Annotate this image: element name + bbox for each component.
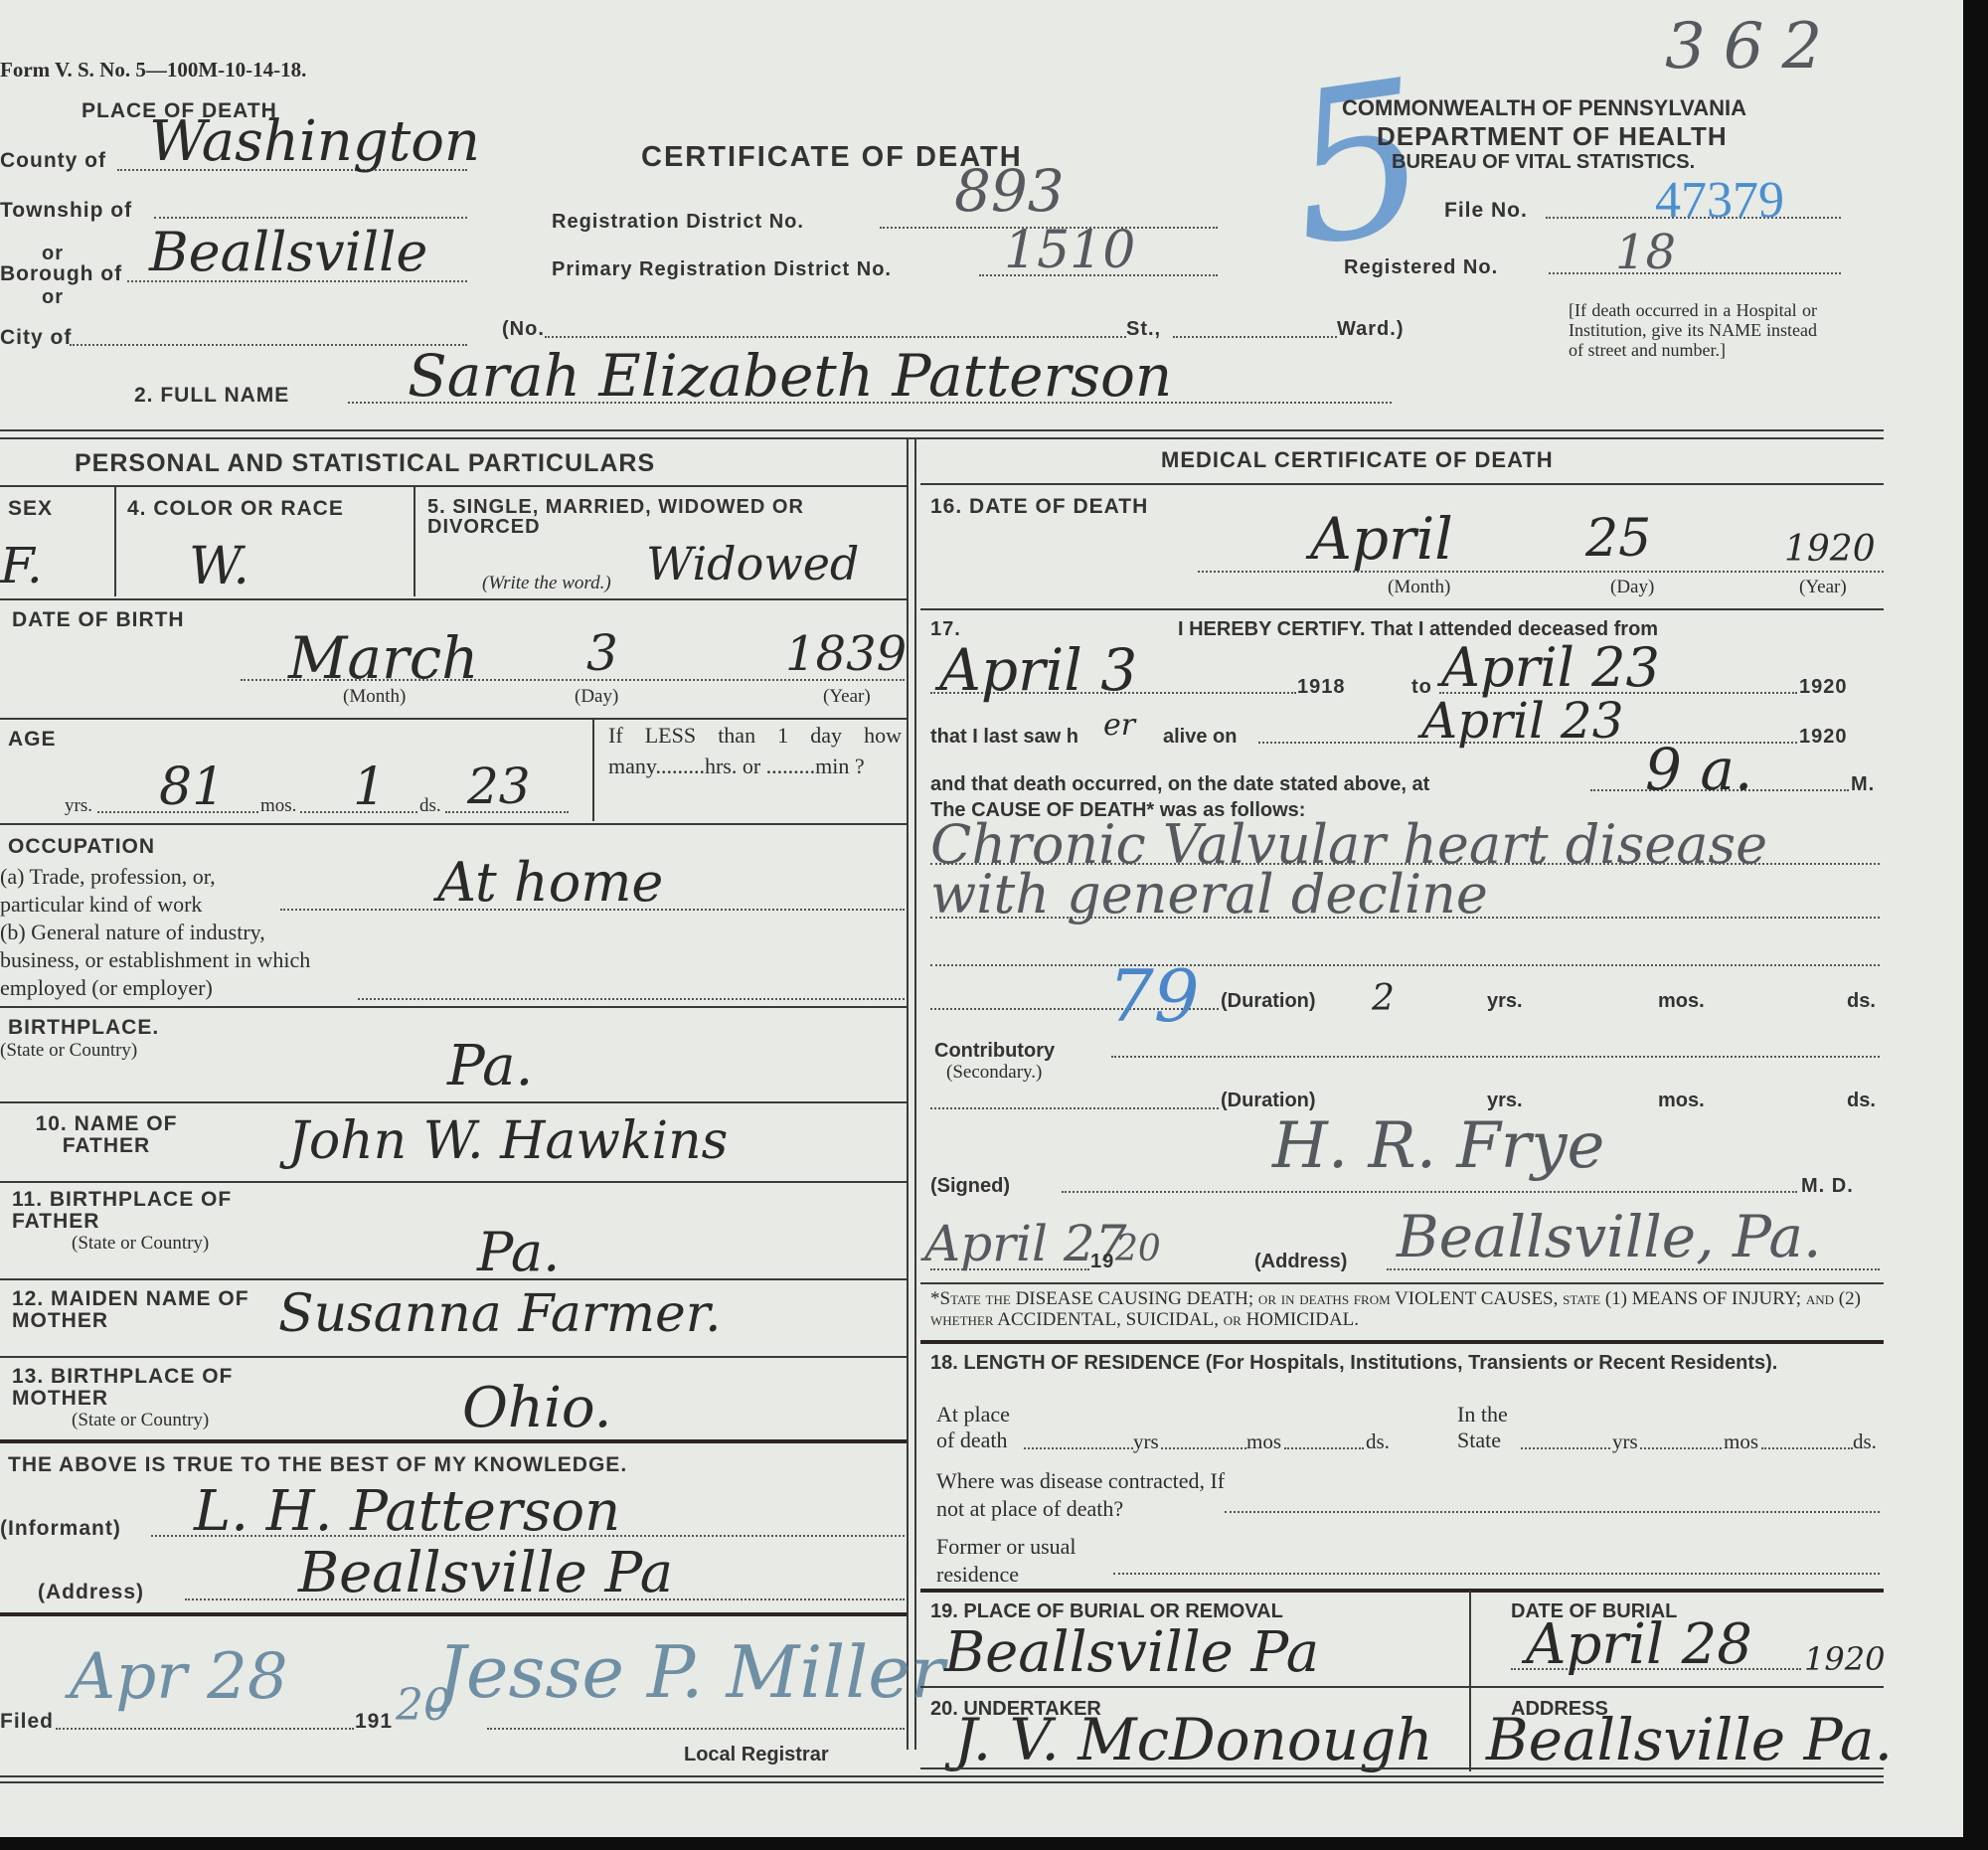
at-place-label: At place of death	[936, 1402, 1026, 1453]
in-state-ds-line	[1761, 1447, 1853, 1449]
race-label: 4. COLOR OR RACE	[127, 497, 344, 521]
age-ds-label: ds.	[419, 795, 441, 817]
divider	[0, 437, 1884, 439]
duration-mos-label: mos.	[1658, 990, 1705, 1013]
signed-line	[1062, 1191, 1797, 1193]
duration-years: 2	[1372, 978, 1395, 1019]
city-label: City of	[0, 326, 72, 350]
at-place-ds-label: ds.	[1366, 1430, 1390, 1454]
md-label: M. D.	[1801, 1175, 1854, 1198]
divider	[920, 1686, 1884, 1688]
medical-section-title: MEDICAL CERTIFICATE OF DEATH	[1161, 447, 1554, 473]
cause-footnote: *State the DISEASE CAUSING DEATH; or in …	[930, 1288, 1880, 1330]
divider	[0, 429, 1884, 431]
contracted-line	[1225, 1511, 1880, 1513]
signed-label: (Signed)	[930, 1175, 1010, 1198]
divider	[920, 608, 1884, 610]
dod-year: 1920	[1784, 529, 1876, 570]
last-saw-date: April 23	[1421, 692, 1624, 750]
occupation-value: At home	[437, 851, 663, 914]
signed-year-prefix: 19	[1090, 1251, 1114, 1273]
reg-district-value: 893	[954, 157, 1065, 225]
mother-label: 12. MAIDEN NAME OF MOTHER	[12, 1288, 280, 1332]
column-divider	[914, 437, 916, 1750]
cell-divider	[592, 718, 594, 821]
page-number: 362	[1665, 10, 1840, 84]
dob-label: DATE OF BIRTH	[12, 608, 185, 632]
birthplace-sub: (State or Country)	[0, 1040, 137, 1062]
informant-address-value: Beallsville Pa	[298, 1541, 673, 1605]
at-place-yrs-line	[1024, 1447, 1133, 1449]
primary-reg-label: Primary Registration District No.	[552, 258, 892, 281]
m-label: M.	[1851, 773, 1875, 796]
registrar-label: Local Registrar	[684, 1744, 829, 1766]
duration-ds-label: ds.	[1847, 990, 1876, 1013]
divider	[0, 485, 907, 487]
burial-date-value: April 28	[1526, 1612, 1752, 1677]
in-state-label: In the State	[1457, 1402, 1537, 1453]
dod-month-caption: (Month)	[1388, 577, 1450, 598]
residence-label: 18. LENGTH OF RESIDENCE (For Hospitals, …	[930, 1352, 1880, 1374]
mother-birthplace-label: 13. BIRTHPLACE OF MOTHER	[12, 1366, 241, 1410]
cell-divider	[414, 487, 415, 596]
burial-year: 1920	[1804, 1640, 1885, 1678]
former-residence-label: Former or usual residence	[936, 1533, 1115, 1589]
attest-statement: THE ABOVE IS TRUE TO THE BEST OF MY KNOW…	[8, 1453, 627, 1477]
signed-year: 20	[1115, 1229, 1161, 1269]
at-place-mos-line	[1161, 1447, 1246, 1449]
occupation-b-line	[358, 998, 905, 1000]
mother-birthplace-sub: (State or Country)	[72, 1410, 209, 1431]
primary-reg-value: 1510	[1004, 221, 1135, 280]
dod-day-caption: (Day)	[1610, 577, 1654, 598]
divider	[0, 1278, 907, 1280]
registrar-line	[487, 1728, 905, 1730]
form-number: Form V. S. No. 5—100M-10-14-18.	[0, 58, 306, 83]
undertaker-value: J. V. McDonough	[954, 1706, 1433, 1773]
marital-value: Widowed	[646, 537, 859, 590]
borough-label: Borough of	[0, 262, 122, 286]
age-days: 23	[467, 757, 531, 815]
file-no-label: File No.	[1444, 199, 1528, 223]
duration-label: (Duration)	[1221, 990, 1316, 1013]
birthplace-value: Pa.	[447, 1034, 533, 1098]
in-state-ds-label: ds.	[1853, 1430, 1877, 1454]
informant-label: (Informant)	[0, 1517, 121, 1541]
divider	[0, 1181, 907, 1183]
attended-to: April 23	[1441, 636, 1660, 699]
township-label: Township of	[0, 199, 132, 223]
dod-day: 25	[1585, 509, 1651, 569]
age-years: 81	[159, 757, 225, 817]
divider	[920, 483, 1884, 485]
father-value: John W. Hawkins	[288, 1111, 728, 1171]
divider	[920, 1282, 1884, 1284]
cell-divider	[114, 487, 116, 596]
cause-line-2-rule	[930, 917, 1880, 919]
cause-code: 79	[1108, 954, 1200, 1038]
contributory-sub: (Secondary.)	[946, 1062, 1042, 1084]
at-place-yrs-label: yrs	[1133, 1430, 1159, 1454]
cause-line-3-rule	[930, 964, 1880, 966]
former-residence-line	[1113, 1573, 1880, 1575]
agency-line-1: COMMONWEALTH OF PENNSYLVANIA	[1342, 95, 1746, 121]
birthplace-label: BIRTHPLACE.	[8, 1016, 159, 1040]
marital-label: 5. SINGLE, MARRIED, WIDOWED OR DIVORCED	[427, 497, 905, 537]
or-label-2: or	[42, 286, 64, 309]
dod-year-caption: (Year)	[1799, 577, 1847, 598]
street-line	[545, 336, 1126, 338]
sex-label: SEX	[8, 497, 53, 521]
death-certificate: Form V. S. No. 5—100M-10-14-18. PLACE OF…	[0, 0, 1963, 1837]
father-label: 10. NAME OF FATHER	[12, 1113, 201, 1157]
alive-on-label: alive on	[1163, 726, 1237, 749]
duration-yrs-label: yrs.	[1487, 990, 1523, 1013]
divider	[920, 1767, 1884, 1769]
father-birthplace-label: 11. BIRTHPLACE OF FATHER	[12, 1189, 241, 1233]
last-saw-year: 1920	[1799, 726, 1848, 749]
in-state-yrs-label: yrs	[1612, 1430, 1638, 1454]
burial-place-value: Beallsville Pa	[944, 1620, 1319, 1685]
in-state-mos-line	[1640, 1447, 1722, 1449]
divider	[0, 1356, 907, 1358]
full-name-value: Sarah Elizabeth Patterson	[408, 342, 1172, 410]
county-label: County of	[0, 149, 106, 173]
physician-signature: H. R. Frye	[1272, 1109, 1604, 1183]
township-line	[154, 217, 467, 219]
duration2-pre-line	[930, 1107, 1219, 1109]
race-value: W.	[189, 537, 249, 596]
dod-label: 16. DATE OF DEATH	[930, 495, 1148, 519]
contributory-line	[1111, 1056, 1880, 1058]
physician-address-value: Beallsville, Pa.	[1397, 1203, 1821, 1270]
dob-month-caption: (Month)	[343, 686, 406, 708]
registered-no-label: Registered No.	[1344, 256, 1498, 279]
attended-from: April 3	[939, 636, 1137, 704]
in-state-yrs-line	[1521, 1447, 1610, 1449]
physician-address-label: (Address)	[1254, 1251, 1347, 1273]
borough-value: Beallsville	[149, 221, 427, 283]
county-value: Washington	[149, 109, 480, 174]
last-saw-label: that I last saw h	[930, 726, 1078, 749]
sex-value: F.	[0, 537, 43, 594]
at-place-mos-label: mos	[1246, 1430, 1281, 1454]
occupation-b-label: (b) General nature of industry, business…	[0, 919, 348, 1002]
hospital-note: [If death occurred in a Hospital or Inst…	[1569, 300, 1817, 360]
mother-value: Susanna Farmer.	[278, 1284, 721, 1344]
duration2-ds-label: ds.	[1847, 1090, 1876, 1112]
ward-line	[1173, 336, 1337, 338]
age-label: AGE	[8, 728, 57, 752]
divider	[0, 1439, 907, 1443]
divider	[920, 1340, 1884, 1344]
contracted-label: Where was disease contracted, If not at …	[936, 1467, 1254, 1523]
death-time-value: 9 a.	[1645, 736, 1752, 803]
registered-no-line	[1549, 272, 1841, 274]
agency-line-3: BUREAU OF VITAL STATISTICS.	[1392, 151, 1695, 174]
in-state-mos-label: mos	[1724, 1430, 1758, 1454]
street-label: St.,	[1126, 318, 1161, 341]
duration2-mos-label: mos.	[1658, 1090, 1705, 1112]
agency-line-2: DEPARTMENT OF HEALTH	[1377, 121, 1728, 152]
personal-section-title: PERSONAL AND STATISTICAL PARTICULARS	[75, 449, 655, 478]
registrar-signature: Jesse P. Miller	[437, 1630, 944, 1714]
at-place-ds-line	[1284, 1447, 1364, 1449]
undertaker-address-value: Beallsville Pa.	[1486, 1706, 1893, 1773]
marital-hint: (Write the word.)	[482, 573, 611, 594]
attended-to-year: 1920	[1799, 676, 1848, 699]
cell-divider	[1469, 1591, 1471, 1771]
dob-month: March	[288, 624, 479, 692]
reg-district-label: Registration District No.	[552, 211, 804, 234]
filed-value: Apr 28	[70, 1640, 288, 1714]
informant-address-label: (Address)	[38, 1581, 144, 1604]
dod-month: April	[1310, 505, 1453, 573]
mother-birthplace-value: Ohio.	[462, 1376, 611, 1440]
filed-label: Filed	[0, 1710, 54, 1734]
father-birthplace-value: Pa.	[477, 1221, 560, 1283]
ward-label: Ward.)	[1337, 318, 1404, 341]
column-divider	[907, 437, 909, 1750]
divider	[0, 823, 907, 825]
dob-day: 3	[586, 624, 618, 682]
dob-day-caption: (Day)	[575, 686, 618, 708]
street-no-label: (No.	[502, 318, 545, 341]
divider	[0, 1781, 1884, 1783]
death-time-label: and that death occurred, on the date sta…	[930, 773, 1429, 796]
full-name-label: 2. FULL NAME	[134, 384, 289, 408]
divider	[0, 1775, 1884, 1777]
divider	[0, 1006, 907, 1008]
age-months: 1	[353, 757, 386, 817]
age-yrs-label: yrs.	[65, 795, 92, 817]
filed-year-prefix: 191	[355, 1710, 393, 1734]
registered-no-value: 18	[1615, 225, 1676, 280]
divider	[920, 1589, 1884, 1593]
occupation-label: OCCUPATION	[8, 835, 155, 859]
attended-from-year: 1918	[1297, 676, 1346, 699]
divider	[0, 598, 907, 600]
file-no-stamp: 47379	[1655, 171, 1784, 230]
divider	[0, 1612, 907, 1616]
dob-year-caption: (Year)	[823, 686, 871, 708]
divider	[0, 1101, 907, 1103]
filed-line	[56, 1728, 354, 1730]
informant-value: L. H. Patterson	[194, 1479, 620, 1544]
dob-year: 1839	[785, 626, 907, 682]
father-birthplace-sub: (State or Country)	[72, 1233, 209, 1255]
less-than-day-note: If LESS than 1 day how many.........hrs.…	[608, 720, 902, 781]
age-mos-label: mos.	[260, 795, 296, 817]
occupation-a-label: (a) Trade, profession, or, particular ki…	[0, 863, 276, 919]
dod-line	[1198, 571, 1884, 573]
last-saw-pronoun: er	[1103, 708, 1135, 743]
contributory-label: Contributory	[934, 1040, 1055, 1063]
